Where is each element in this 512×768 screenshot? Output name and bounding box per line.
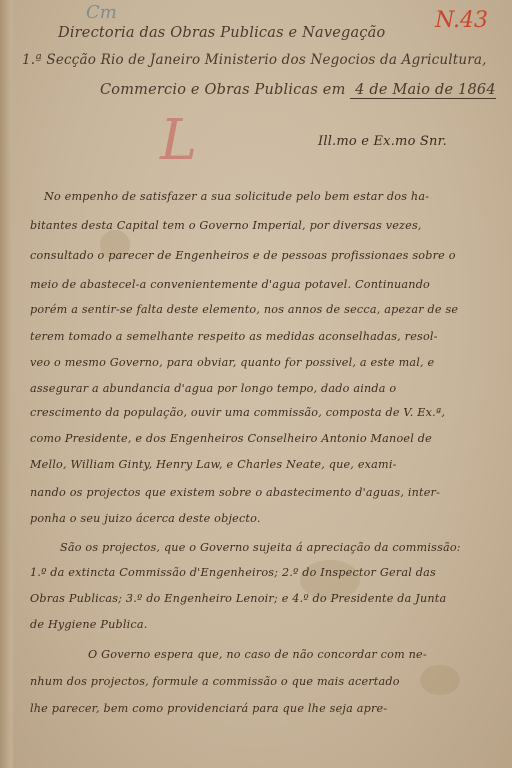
date-month: Maio [392, 82, 430, 98]
body-line: nando os projectos que existem sobre o a… [30, 486, 440, 499]
red-initial-mark: L [160, 108, 197, 173]
body-line: nhum dos projectos, formule a commissão … [30, 675, 400, 688]
salutation: Ill.mo e Ex.mo Snr. [318, 134, 447, 149]
body-line: lhe parecer, bem como providenciará para… [30, 702, 387, 715]
body-line: consultado o parecer de Engenheiros e de… [30, 249, 456, 262]
body-line: ponha o seu juizo ácerca deste objecto. [30, 512, 261, 525]
body-line: como Presidente, e dos Engenheiros Conse… [30, 432, 432, 445]
body-line: bitantes desta Capital tem o Governo Imp… [30, 219, 422, 232]
body-line: porém a sentir-se falta deste elemento, … [30, 303, 458, 316]
header-ministry: 1.ª Secção Rio de Janeiro Ministerio dos… [22, 52, 487, 68]
date-year: 1864 [458, 82, 496, 98]
header-directorate: Directoria das Obras Publicas e Navegaçã… [58, 25, 385, 41]
date-day-value: 4 [355, 82, 364, 98]
body-line: 1.º da extincta Commissão d'Engenheiros;… [30, 566, 436, 579]
manuscript-page: Cm N.43 L Directoria das Obras Publicas … [0, 0, 512, 768]
body-line: No empenho de satisfazer a sua solicitud… [44, 190, 429, 203]
body-line: meio de abastecel-a convenientemente d'a… [30, 278, 430, 291]
body-line: São os projectos, que o Governo sujeita … [60, 541, 461, 554]
body-line: assegurar a abundancia d'agua por longo … [30, 382, 396, 395]
body-line: crescimento da população, ouvir uma comm… [30, 406, 445, 419]
paper-stain [420, 665, 460, 695]
body-line: de Hygiene Publica. [30, 618, 148, 631]
body-line: O Governo espera que, no caso de não con… [88, 648, 427, 661]
date-day: 4 de Maio de 1864 [350, 82, 495, 99]
paper-edge [0, 0, 14, 768]
date-de: de [435, 82, 453, 98]
body-line: Obras Publicas; 3.º do Engenheiro Lenoir… [30, 592, 446, 605]
date-de: de [369, 82, 387, 98]
header-commerce: Commercio e Obras Publicas em [100, 82, 346, 98]
body-line: veo o mesmo Governo, para obviar, quanto… [30, 356, 434, 369]
pencil-annotation: Cm [86, 2, 117, 23]
document-number: N.43 [435, 8, 488, 33]
header-date-line: Commercio e Obras Publicas em 4 de Maio … [100, 82, 496, 98]
body-line: terem tomado a semelhante respeito as me… [30, 330, 438, 343]
body-line: Mello, William Ginty, Henry Law, e Charl… [30, 458, 397, 471]
